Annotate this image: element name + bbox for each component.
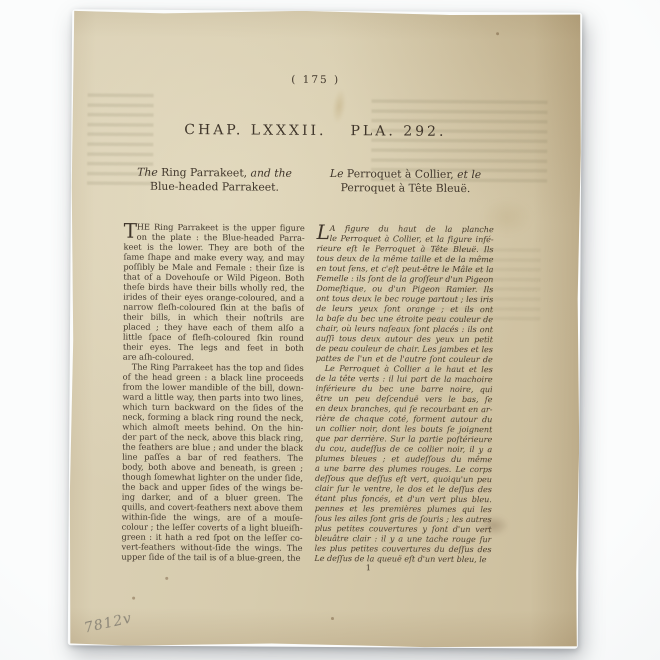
- heading-line: Perroquet à Tête Bleuë.: [317, 180, 494, 195]
- foxing-dot: [496, 32, 499, 35]
- text-line: upper ſide of the tail is of a blue-gree…: [121, 552, 302, 563]
- text-line: Le deſſus de la queuë eſt d'un vert bleu…: [314, 553, 491, 564]
- paragraph-lines: The Ring Parrakeet has the top and ſides…: [121, 362, 303, 563]
- heading-segment: Le: [330, 167, 347, 180]
- foxing-dot: [331, 617, 334, 620]
- heading-line: Blue-headed Parrakeet.: [124, 179, 305, 194]
- heading-segment: Perroquet à Tête Bleuë.: [341, 181, 471, 195]
- heading-line: The Ring Parrakeet, and the: [124, 166, 305, 181]
- paragraph-lines: HE Ring Parrakeet is the upper figureon …: [123, 222, 305, 363]
- chapter-heading: CHAP. LXXXII.: [184, 122, 326, 139]
- heading-segment: The: [137, 166, 161, 179]
- drop-cap: T: [124, 222, 137, 242]
- french-column: Le Perroquet à Collier, et le Perroquet …: [314, 167, 494, 564]
- paragraph-lines: A figure du haut de la planche repréſent…: [316, 223, 494, 364]
- english-column-body: T HE Ring Parrakeet is the upper figureo…: [121, 222, 304, 563]
- pencil-inscription: 7812v: [83, 610, 134, 636]
- heading-segment: Blue-headed Parrakeet.: [150, 179, 279, 193]
- heading-segment: et le: [457, 168, 481, 181]
- page-number: ( 175 ): [125, 73, 507, 88]
- heading-segment: Ring Parrakeet,: [161, 166, 250, 180]
- page-surface: ( 175 ) CHAP. LXXXII.PLA. 292. The Ring …: [68, 9, 582, 649]
- plate-heading: PLA. 292.: [350, 123, 446, 140]
- english-paragraph-1: T HE Ring Parrakeet is the upper figureo…: [123, 222, 305, 363]
- heading-line: Le Perroquet à Collier, et le: [317, 167, 494, 182]
- french-column-body: L A figure du haut de la planche repréſe…: [314, 223, 493, 564]
- drop-cap: L: [317, 223, 330, 243]
- signature-mark: 1: [358, 563, 378, 572]
- foxing-dot: [132, 597, 135, 600]
- chapter-plate-heading: CHAP. LXXXII.PLA. 292.: [124, 122, 506, 141]
- english-paragraph-2: The Ring Parrakeet has the top and ſides…: [121, 362, 303, 563]
- french-paragraph-2: Le Perroquet à Collier a le haut et les …: [314, 363, 492, 564]
- french-column-heading: Le Perroquet à Collier, et le Perroquet …: [317, 167, 494, 195]
- heading-segment: and the: [251, 166, 293, 179]
- english-column: The Ring Parrakeet, and the Blue-headed …: [121, 166, 305, 563]
- french-paragraph-1: L A figure du haut de la planche repréſe…: [316, 223, 494, 364]
- english-column-heading: The Ring Parrakeet, and the Blue-headed …: [124, 166, 305, 194]
- heading-segment: Perroquet à Collier,: [347, 167, 457, 181]
- foxing-dot: [165, 577, 168, 580]
- paragraph-lines: Le Perroquet à Collier a le haut et les …: [314, 363, 492, 564]
- paper-sheet: ( 175 ) CHAP. LXXXII.PLA. 292. The Ring …: [68, 9, 582, 649]
